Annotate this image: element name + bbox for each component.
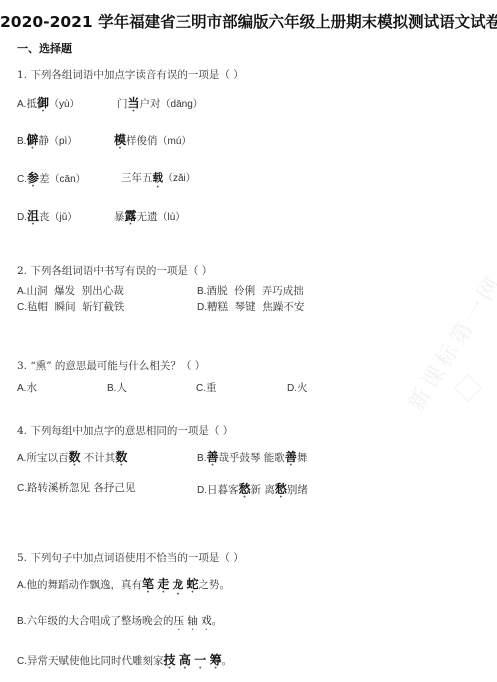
q2-option-c[interactable]: C.毡帽 瞬间 斩钉截铁 [17,299,124,314]
exam-title: 2020-2021 学年福建省三明市部编版六年级上册期末模拟测试语文试卷 [0,10,497,32]
q5-option-b[interactable]: B.六年级的大合唱成了整场晚会的压 轴 戏。 [17,613,222,628]
q3-option-c[interactable]: C.重 [196,380,217,395]
question-3-stem: 3. “熏” 的意思最可能与什么相关？（ ） [17,358,205,373]
q1-option-c-right: 三年五载（zǎi） [121,169,196,185]
exam-page: 新课标第一网 2020-2021 学年福建省三明市部编版六年级上册期末模拟测试语… [0,0,497,682]
q1-option-b-right: 模样俊俏（mú） [114,131,191,148]
q4-option-d[interactable]: D.日暮客愁新 离愁别绪 [197,480,308,497]
watermark-logo [454,374,482,402]
q1-option-a-right: 门当户对（dāng） [117,94,203,111]
q3-option-a[interactable]: A.水 [17,380,37,395]
q1-option-d-right: 暴露无遗（lù） [114,207,185,224]
question-5-stem: 5. 下列句子中加点词语使用不恰当的一项是（ ） [17,550,244,565]
q3-option-d[interactable]: D.火 [287,380,308,395]
question-4-stem: 4. 下列每组中加点字的意思相同的一项是（ ） [17,423,233,438]
question-2-stem: 2. 下列各组词语中书写有误的一项是（ ） [17,263,212,278]
watermark: 新课标第一网 [400,268,497,417]
q1-option-b-left[interactable]: B.僻静（pì） [17,131,77,148]
q1-option-a-left[interactable]: A.抵御（yù） [17,94,80,111]
q2-option-a[interactable]: A.山洞 爆发 别出心裁 [17,283,124,298]
q2-option-b[interactable]: B.酒脱 伶俐 弄巧成拙 [197,283,304,298]
q3-option-b[interactable]: B.人 [107,380,127,395]
q1-option-c-left[interactable]: C.参差（cān） [17,169,86,186]
q1-option-d-left[interactable]: D.沮丧（jǔ） [17,207,77,224]
q5-option-c[interactable]: C.异常天赋使他比同时代雕刻家技 高 一 筹。 [17,651,232,668]
q4-option-a[interactable]: A.所宝以百数 不计其数 [17,448,127,465]
q4-option-b[interactable]: B.善哉乎鼓琴 能歌善舞 [197,448,307,465]
q2-option-d[interactable]: D.糟糕 琴键 焦躁不安 [197,299,304,314]
q5-option-a[interactable]: A.他的舞蹈动作飘逸，真有笔 走 龙 蛇之势。 [17,575,230,592]
q4-option-c[interactable]: C.路转溪桥忽见 各抒己见 [17,480,135,495]
question-1-stem: 1. 下列各组词语中加点字读音有误的一项是（ ） [17,67,244,82]
section-heading: 一、选择题 [17,40,72,56]
